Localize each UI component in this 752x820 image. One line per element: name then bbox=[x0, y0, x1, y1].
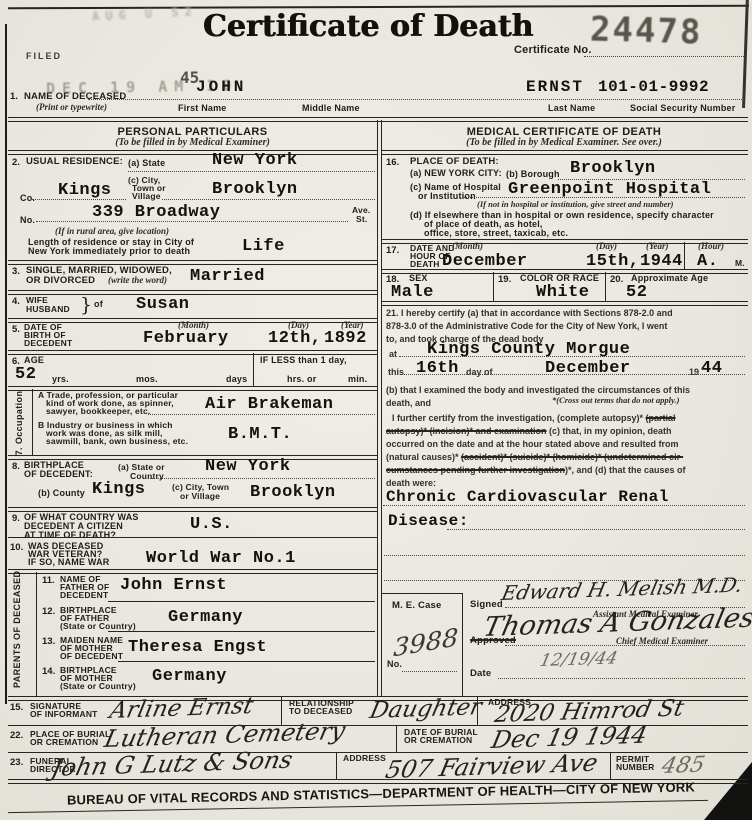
divider bbox=[8, 290, 377, 295]
row19-number: 19. bbox=[498, 274, 511, 285]
further-line-5: cumstances pending further investigation… bbox=[386, 464, 686, 477]
st-label: St. bbox=[356, 215, 367, 224]
at-label: at bbox=[389, 348, 397, 361]
ssn-label: Social Security Number bbox=[630, 104, 735, 114]
line bbox=[148, 414, 375, 415]
name-row-line bbox=[88, 99, 744, 100]
race-value: White bbox=[536, 284, 590, 301]
state-label: (a) State bbox=[128, 159, 165, 169]
sex-value: Male bbox=[391, 284, 434, 301]
death-day-value: 15th, bbox=[586, 253, 640, 270]
line bbox=[128, 171, 375, 172]
street-no-label: No. bbox=[20, 216, 35, 226]
divider bbox=[382, 150, 748, 155]
veteran-label-3: IF SO, NAME WAR bbox=[28, 558, 110, 568]
meridiem-label: M. bbox=[735, 259, 745, 268]
divider bbox=[32, 389, 33, 455]
nyc-label: (a) NEW YORK CITY: bbox=[410, 169, 502, 179]
row4-number: 4. bbox=[12, 296, 20, 307]
day-of-label: day of bbox=[466, 366, 493, 379]
rural-hint: (If in rural area, give location) bbox=[55, 227, 169, 237]
length-value: Life bbox=[242, 238, 285, 255]
examined-line-2: death, and bbox=[386, 397, 431, 410]
informant-label-2: OF INFORMANT bbox=[30, 710, 98, 719]
divider bbox=[605, 272, 606, 301]
row9-number: 9. bbox=[12, 513, 20, 524]
chief-me-title: Chief Medical Examiner bbox=[616, 637, 708, 647]
row16-number: 16. bbox=[386, 157, 399, 168]
death-month-value: December bbox=[442, 253, 528, 270]
residence-state-value: New York bbox=[212, 152, 298, 169]
further-line-4: (natural causes)* (accident)* (suicide)*… bbox=[386, 451, 683, 464]
line bbox=[383, 505, 745, 506]
borough-label: (b) Borough bbox=[506, 170, 560, 180]
row23-number: 23. bbox=[10, 757, 23, 768]
name-row-number: 1. bbox=[10, 91, 18, 102]
relationship-label-2: TO DECEASED bbox=[289, 707, 352, 716]
last-name-label: Last Name bbox=[548, 104, 595, 114]
line bbox=[108, 601, 375, 602]
borough-value: Brooklyn bbox=[570, 160, 656, 177]
residence-county-value: Kings bbox=[58, 182, 112, 199]
mother-birthplace-value: Germany bbox=[152, 668, 227, 685]
hospital-value: Greenpoint Hospital bbox=[508, 181, 711, 198]
burial-place-value: Lutheran Cemetery bbox=[102, 719, 347, 751]
parents-side-label: PARENTS OF DECEASED bbox=[12, 578, 22, 688]
row12-number: 12. bbox=[42, 606, 55, 617]
street-value: 339 Broadway bbox=[92, 204, 220, 221]
elsewhere-label-3: office, store, street, taxicab, etc. bbox=[424, 229, 568, 239]
row2-number: 2. bbox=[12, 157, 20, 168]
of-label: of bbox=[94, 300, 103, 310]
divider bbox=[382, 301, 748, 306]
further-l2-text: (c) that, in my opinion, death bbox=[547, 426, 672, 436]
residence-city-value: Brooklyn bbox=[212, 181, 298, 198]
approx-age-value: 52 bbox=[626, 284, 647, 301]
cause-of-death-line-1: Chronic Cardiovascular Renal bbox=[386, 489, 669, 505]
line bbox=[108, 631, 375, 632]
me-case-box-right bbox=[462, 593, 463, 696]
father-birthplace-value: Germany bbox=[168, 609, 243, 626]
page-title: Certificate of Death bbox=[188, 12, 548, 42]
hospital-hint: (If not in hospital or institution, give… bbox=[477, 200, 673, 209]
line bbox=[32, 199, 126, 200]
further-l4-struck: (accident)* (suicide)* (homicide)* (unde… bbox=[461, 452, 683, 462]
veteran-value: World War No.1 bbox=[146, 550, 296, 567]
divider bbox=[477, 697, 478, 725]
hrs-label: hrs. or bbox=[287, 375, 316, 385]
year-prefix: 19 bbox=[689, 366, 699, 379]
divider bbox=[336, 753, 337, 779]
further-l1-text: I further certify from the investigation… bbox=[392, 413, 646, 423]
personal-particulars-subtitle: (To be filled in by Medical Examiner) bbox=[8, 137, 377, 148]
informant-signature: Arline Ernst bbox=[108, 695, 256, 723]
mother-name-value: Theresa Engst bbox=[128, 639, 267, 656]
death-certificate-scan: AUG U S2 Certificate of Death Certificat… bbox=[0, 0, 752, 820]
row17-number: 17. bbox=[386, 245, 399, 256]
line bbox=[498, 678, 745, 679]
divider bbox=[8, 537, 377, 538]
death-year-hint: (Year) bbox=[646, 242, 669, 252]
further-l2-struck: autopsy)* (incision)* and examination bbox=[386, 426, 547, 436]
row15-number: 15. bbox=[10, 702, 23, 713]
death-date-label-3: DEATH bbox=[410, 260, 440, 269]
trade-value: Air Brakeman bbox=[205, 396, 333, 413]
death-hour-hint: (Hour) bbox=[698, 242, 724, 252]
less-than-day-label: IF LESS than 1 day, bbox=[260, 356, 347, 366]
medical-certificate-subtitle: (To be filled in by Medical Examiner. Se… bbox=[380, 137, 748, 148]
certificate-no-label: Certificate No. bbox=[514, 44, 592, 56]
days-label: days bbox=[226, 375, 247, 385]
certificate-no-line bbox=[584, 56, 744, 57]
further-l5-text: )*, and (d) that the causes of bbox=[565, 465, 686, 475]
usual-residence-label: USUAL RESIDENCE: bbox=[26, 157, 123, 167]
column-divider bbox=[377, 120, 382, 696]
row8-number: 8. bbox=[12, 461, 20, 472]
me-case-box-top bbox=[382, 593, 462, 594]
print-or-typewrite-hint: (Print or typewrite) bbox=[36, 103, 107, 113]
citizen-label-3: AT TIME OF DEATH? bbox=[24, 531, 116, 541]
birth-county-label: (b) County bbox=[38, 489, 85, 499]
permit-label-2: NUMBER bbox=[616, 763, 655, 772]
burial-place-label-2: OR CREMATION bbox=[30, 738, 98, 747]
birth-state-value: New York bbox=[205, 458, 291, 475]
marital-hint: (write the word) bbox=[108, 276, 167, 286]
signed-signature: Edward H. Melish M.D. bbox=[500, 575, 745, 603]
me-case-label: M. E. Case bbox=[392, 601, 442, 611]
spouse-value: Susan bbox=[136, 296, 190, 313]
line bbox=[460, 197, 745, 198]
mother-name-label-3: OF DECEDENT bbox=[60, 652, 123, 661]
father-birthplace-label-3: (State or Country) bbox=[60, 622, 136, 631]
first-name-value: JOHN bbox=[196, 79, 246, 95]
crossout-hint: *(Cross out terms that do not apply.) bbox=[552, 396, 679, 405]
marital-label-2: OR DIVORCED bbox=[26, 276, 95, 286]
line bbox=[402, 374, 745, 375]
further-line-2: autopsy)* (incision)* and examination (c… bbox=[386, 425, 672, 438]
father-name-value: John Ernst bbox=[120, 577, 227, 594]
funeral-address-label: ADDRESS bbox=[343, 754, 386, 763]
row13-number: 13. bbox=[42, 636, 55, 647]
signed-label: Signed bbox=[470, 600, 503, 610]
name-of-deceased-label: NAME OF DECEASED bbox=[24, 92, 126, 102]
divider bbox=[493, 272, 494, 301]
death-day-hint: (Day) bbox=[596, 242, 617, 252]
father-name-label-3: DECEDENT bbox=[60, 591, 108, 600]
first-name-label: First Name bbox=[178, 104, 227, 114]
death-month-hint: (Month) bbox=[452, 242, 483, 252]
divider bbox=[8, 507, 377, 512]
death-year-value: 1944 bbox=[640, 253, 683, 270]
mother-birthplace-label-3: (State or Country) bbox=[60, 682, 136, 691]
mos-label: mos. bbox=[136, 375, 158, 385]
death-hour-value: A. bbox=[697, 253, 718, 270]
line bbox=[36, 221, 348, 222]
row5-number: 5. bbox=[12, 324, 20, 335]
occupation-side-label: 7. Occupation bbox=[14, 388, 24, 458]
line bbox=[384, 555, 745, 556]
length-label-2: New York immediately prior to death bbox=[28, 247, 190, 257]
dob-year-value: 1892 bbox=[324, 330, 367, 347]
trade-label-3: sawyer, bookkeeper, etc. bbox=[46, 407, 151, 416]
burial-date-label-2: OR CREMATION bbox=[404, 736, 472, 745]
row11-number: 11. bbox=[42, 575, 55, 586]
dob-label-3: DECEDENT bbox=[24, 339, 72, 348]
line bbox=[399, 356, 745, 357]
marital-value: Married bbox=[190, 268, 265, 285]
age-value: 52 bbox=[15, 366, 36, 383]
scan-left-edge bbox=[5, 24, 7, 704]
brace-glyph: } bbox=[80, 294, 92, 316]
divider bbox=[8, 569, 377, 574]
scan-right-edge bbox=[742, 0, 749, 108]
min-label: min. bbox=[348, 375, 367, 385]
funeral-address-value: 507 Fairview Ave bbox=[383, 751, 599, 782]
me-case-number-value: 3988 bbox=[393, 625, 459, 661]
birthplace-label-2: OF DECEDENT: bbox=[24, 470, 93, 480]
permit-number-value: 485 bbox=[660, 755, 707, 778]
burial-date-value: Dec 19 1944 bbox=[489, 723, 649, 752]
industry-value: B.M.T. bbox=[228, 426, 292, 443]
row10-number: 10. bbox=[10, 542, 23, 553]
further-l5-struck: cumstances pending further investigation bbox=[386, 465, 565, 475]
husband-label: HUSBAND bbox=[26, 305, 70, 314]
signed-date-value: 12/19/44 bbox=[538, 650, 619, 670]
row3-number: 3. bbox=[12, 266, 20, 277]
relationship-value: Daughter bbox=[368, 696, 484, 723]
filed-label: FILED bbox=[26, 52, 62, 62]
citizen-value: U.S. bbox=[190, 516, 233, 533]
further-l4-text: (natural causes)* bbox=[386, 452, 461, 462]
divider bbox=[8, 150, 377, 155]
row14-number: 14. bbox=[42, 666, 55, 677]
ssn-value: 101-01-9992 bbox=[598, 79, 709, 95]
certificate-no-value: 24478 bbox=[590, 13, 703, 50]
divider bbox=[8, 455, 377, 460]
further-l1-struck: (partial bbox=[646, 413, 676, 423]
row22-number: 22. bbox=[10, 730, 23, 741]
line bbox=[402, 671, 457, 672]
birth-city-value: Brooklyn bbox=[250, 484, 336, 501]
cause-of-death-line-2: Disease: bbox=[388, 513, 469, 529]
divider bbox=[396, 726, 397, 752]
me-case-no-label: No. bbox=[387, 660, 402, 670]
row20-number: 20. bbox=[610, 274, 623, 285]
line bbox=[447, 529, 745, 530]
divider bbox=[610, 753, 611, 779]
date-label: Date bbox=[470, 669, 491, 679]
divider bbox=[684, 242, 685, 269]
this-label: this bbox=[388, 366, 404, 379]
yrs-label: yrs. bbox=[52, 375, 69, 385]
line bbox=[118, 661, 375, 662]
certify-line-1: 21. I hereby certify (a) that in accorda… bbox=[386, 307, 673, 320]
middle-name-label: Middle Name bbox=[302, 104, 360, 114]
place-of-death-label: PLACE OF DEATH: bbox=[410, 157, 499, 167]
divider bbox=[8, 260, 377, 265]
further-line-3: occurred on the date and at the hour sta… bbox=[386, 438, 679, 451]
divider bbox=[253, 353, 254, 386]
birth-city-label-2: or Village bbox=[180, 492, 220, 501]
divider bbox=[36, 572, 37, 696]
certify-line-2: 878-3.0 of the Administrative Code for t… bbox=[386, 320, 667, 333]
dob-day-value: 12th, bbox=[268, 330, 322, 347]
further-line-1: I further certify from the investigation… bbox=[392, 412, 676, 425]
dob-month-value: February bbox=[143, 330, 229, 347]
funeral-director-value: John G Lutz & Sons bbox=[49, 748, 294, 780]
industry-label-3: sawmill, bank, own business, etc. bbox=[46, 437, 188, 446]
birth-county-value: Kings bbox=[92, 481, 146, 498]
last-name-value: ERNST bbox=[526, 79, 584, 95]
line bbox=[150, 478, 375, 479]
divider bbox=[8, 350, 377, 355]
line bbox=[162, 199, 375, 200]
city-label-3: Village bbox=[132, 192, 161, 201]
